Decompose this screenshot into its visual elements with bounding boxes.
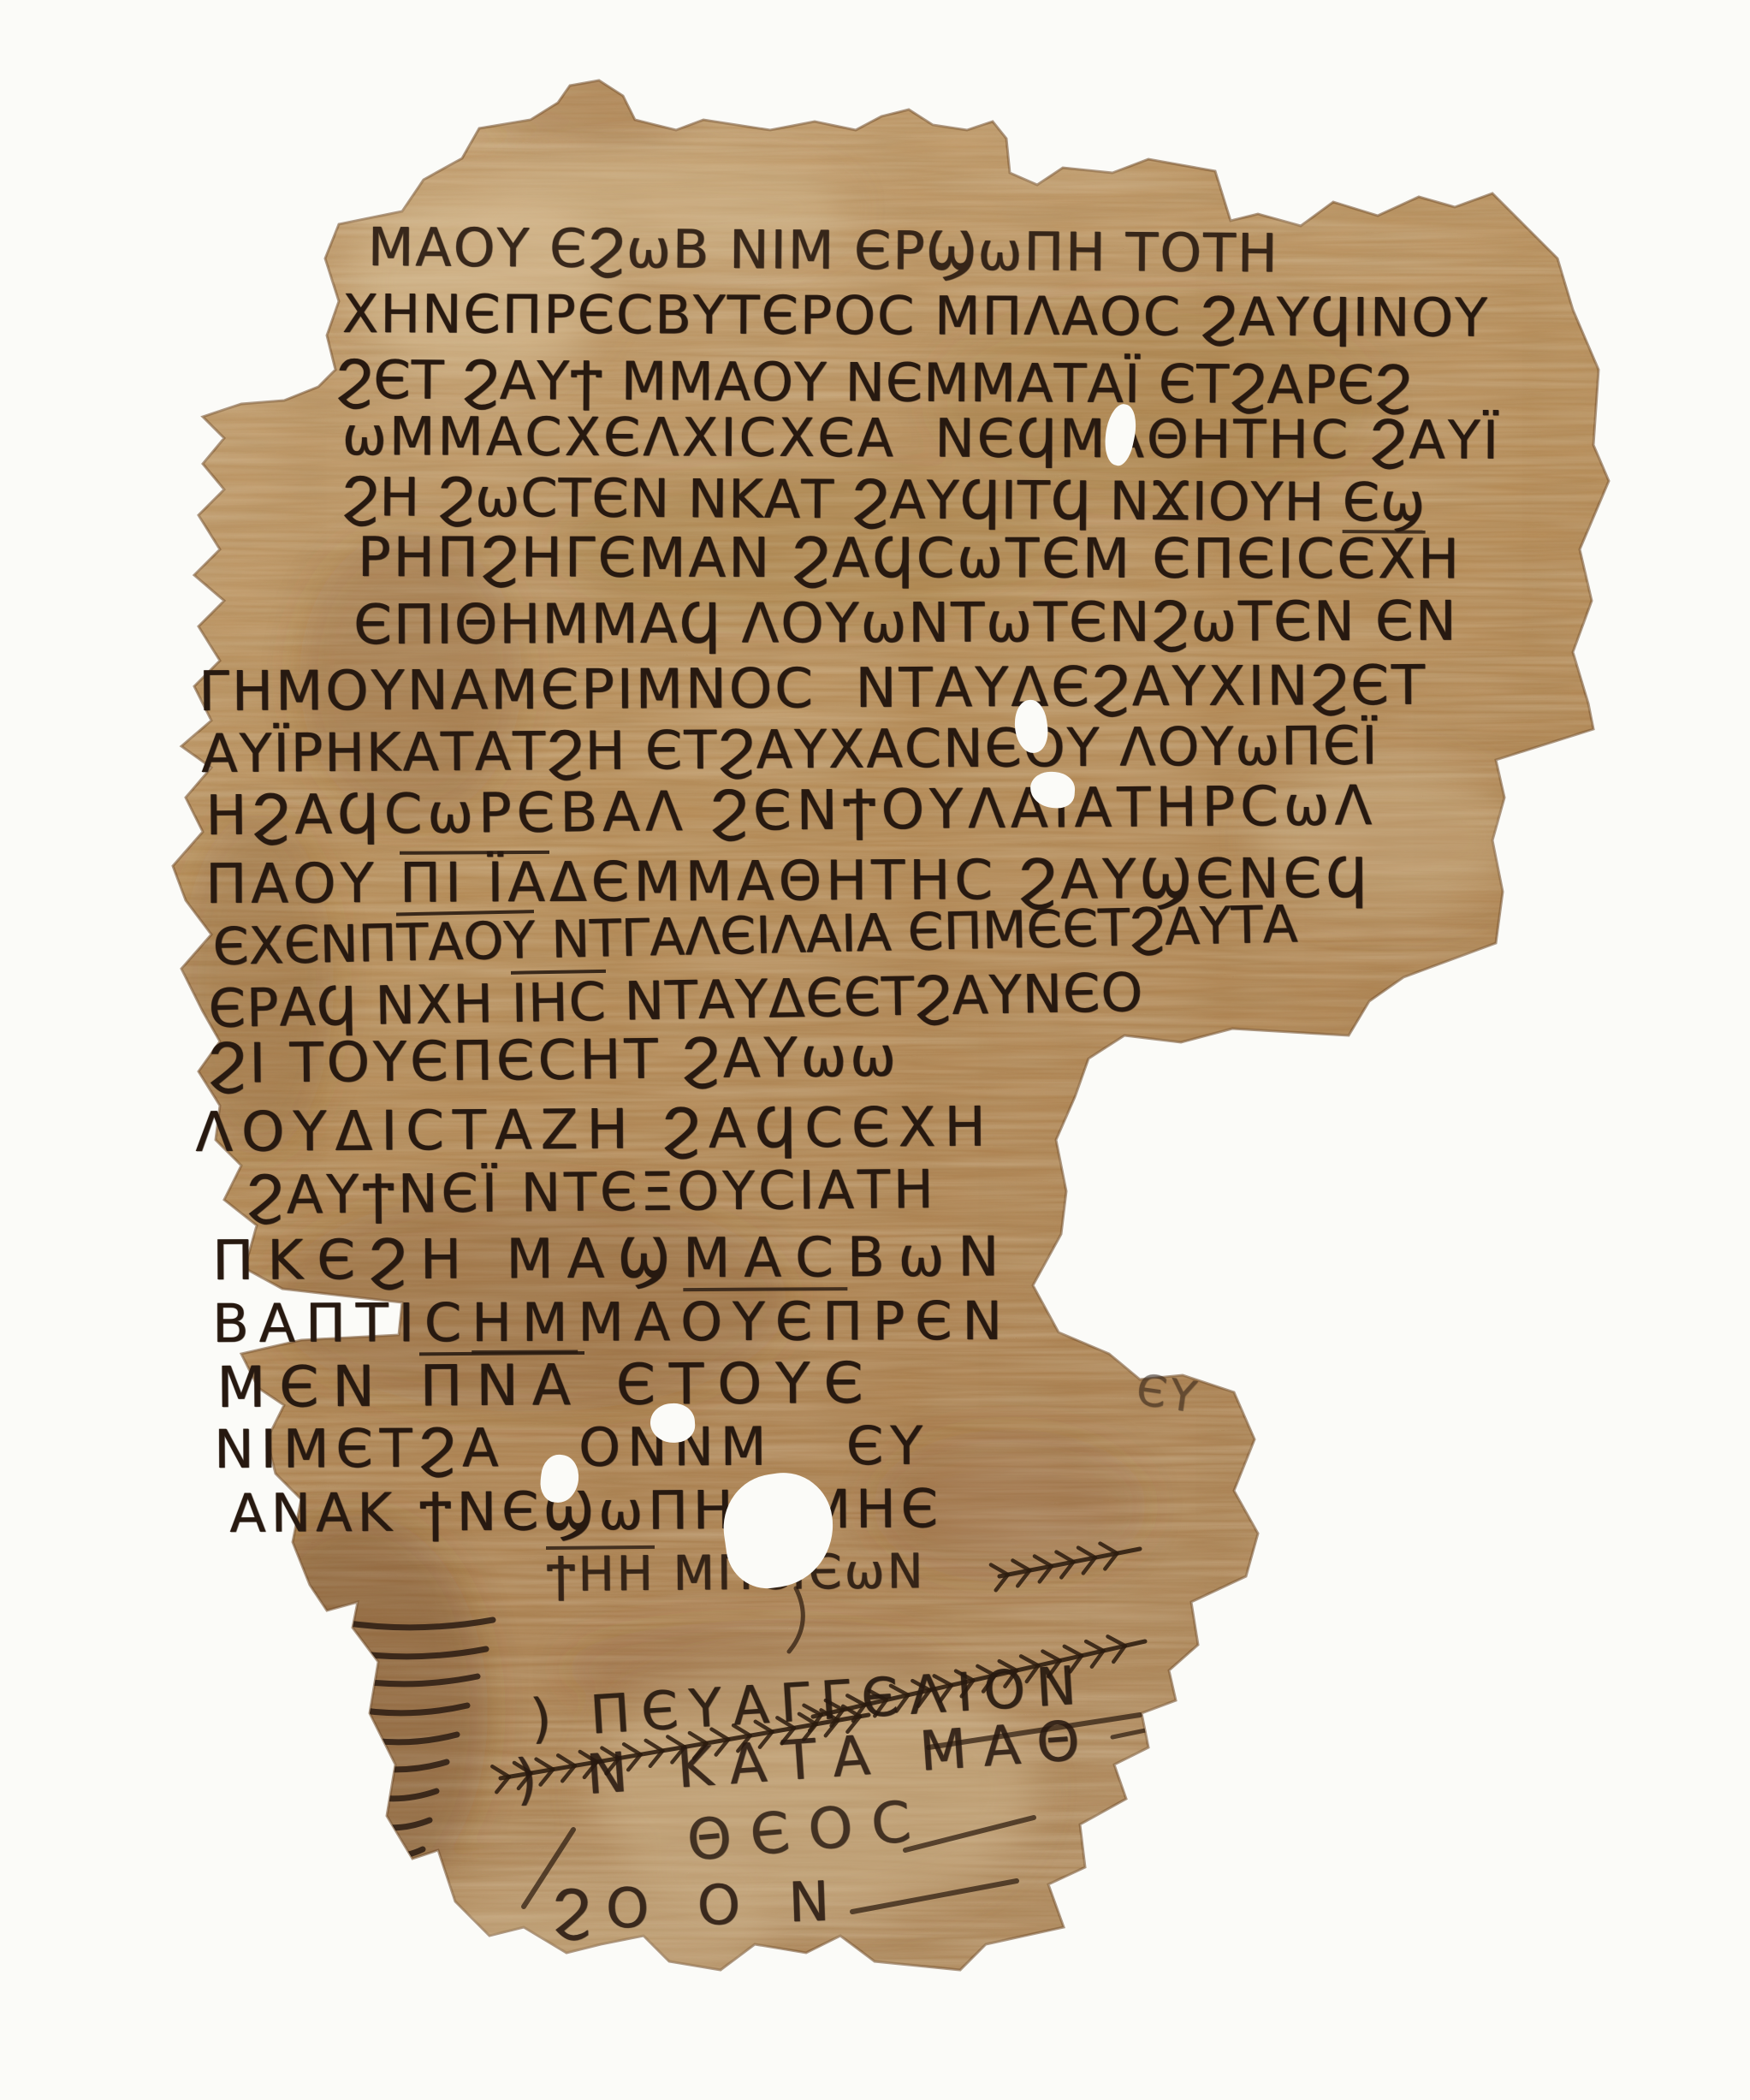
manuscript-line-1: ΜΑΟΥ ЄϨωΒ ΝΙΜ ЄΡϢωΠΗ ΤΟΤΗ	[368, 219, 1279, 282]
manuscript-line-8: ΓΗΜΟΥΝΑΜЄΡΙΜΝΟϹ ΝΤΑΥΔЄϨΑΥΧΙΝϨЄΤ	[199, 657, 1427, 721]
line-text: ϨЄΤ ϨΑΥϮ ΜΜΑΟΥ ΝЄΜΜΑΤΑΪ ЄΤϨΑΡЄϨ	[336, 352, 1413, 413]
line-text: ΡΗΠϨΗΓЄΜΑΝ ϨΑϤϹωΤЄΜ ЄΠЄΙϹЄΧΗ	[358, 530, 1462, 589]
line-text: ΠΙ ΪΑ	[400, 851, 549, 913]
manuscript-line-15: ΛΟΥΔΙϹΤΑΖΗ ϨΑϤϹЄΧΗ	[195, 1099, 994, 1162]
manuscript-line-16: ϨΑΥϮΝЄΪ ΝΤЄΞΟΥϹΙΑΤΗ	[246, 1161, 937, 1223]
line-text: ΗΜ	[472, 1295, 578, 1355]
line-text: ϮΗΗ	[546, 1545, 656, 1601]
line-text: ΛΟΥΔΙϹΤΑΖΗ ϨΑϤϹЄΧΗ	[195, 1099, 994, 1162]
manuscript-line-3: ϨЄΤ ϨΑΥϮ ΜΜΑΟΥ ΝЄΜΜΑΤΑΪ ЄΤϨΑΡЄϨ	[336, 352, 1413, 413]
line-text: ΜΑϹ	[683, 1230, 847, 1291]
line-text: ΧΗΝЄΠΡЄϹΒΥΤЄΡΟϹ ΜΠΛΑΟϹ ϨΑΥϤΙΝΟΥ	[342, 286, 1489, 346]
line-text: ΙΗϹ	[511, 970, 607, 1031]
manuscript-line-18: ΒΑΠΤΙϹΗΜΜΑΟΥЄΠΡЄΝ	[212, 1293, 1012, 1355]
manuscript-line-17: ΠΚЄϨΗ ΜΑϢΜΑϹΒωΝ	[212, 1229, 1012, 1294]
manuscript-line-19: ΜЄΝ ΠΝΑ ЄΤΟΥЄ	[217, 1350, 877, 1418]
manuscript-line-9: ΑΥΪΡΗΚΑΤΑΤϨΗ ЄΤϨΑΥΧΑϹΝЄΟΥ ΛΟΥωΠЄΪ	[201, 717, 1379, 781]
line-text: Єϣ	[1343, 474, 1427, 534]
manuscript-line-14: ϨΙ ΤΟΥЄΠЄϹΗΤ ϨΑΥωω	[208, 1029, 899, 1094]
line-text: ΠΝΑ	[419, 1351, 584, 1416]
line-text: ΑΝΑΚ ϮΝЄϢωΠΗ ΝΜΗЄ	[229, 1480, 943, 1541]
line-text: ΝΤΑΥΔЄЄΤϨΑΥΝЄΟ	[606, 964, 1143, 1029]
manuscript-line-2: ΧΗΝЄΠΡЄϹΒΥΤЄΡΟϹ ΜΠΛΑΟϹ ϨΑΥϤΙΝΟΥ	[342, 286, 1489, 346]
manuscript-line-10: ΗϨΑϤϹωΡЄΒΑΛ ϨЄΝϮΟΥΛΑΙΑΤΗΡϹωΛ	[205, 778, 1377, 845]
line-text: ΓΗΜΟΥΝΑΜЄΡΙΜΝΟϹ ΝΤΑΥΔЄϨΑΥΧΙΝϨЄΤ	[199, 657, 1427, 721]
line-text: ΤΑΟΥ	[396, 910, 536, 970]
line-text: ΜΑΟΥЄΠΡЄΝ	[578, 1293, 1012, 1350]
line-text: ϨΟ Ο Ν	[552, 1873, 845, 1941]
line-text: ΠΚЄϨΗ ΜΑϢ	[212, 1231, 683, 1290]
manuscript-line-21: ΑΝΑΚ ϮΝЄϢωΠΗ ΝΜΗЄ	[229, 1480, 943, 1541]
manuscript-line-7: ЄΠΙΘΗΜΜΑϤ ΛΟΥωΝΤωΤЄΝϨωΤЄΝ ЄΝ	[353, 593, 1458, 655]
line-text: ΜЄΝ	[217, 1356, 420, 1417]
line-text: ЄΧЄΝΠ	[212, 917, 397, 974]
line-text: ΒΑΠΤΙϹ	[212, 1295, 472, 1351]
line-text: ΗϨΑϤϹωΡЄΒΑΛ ϨЄΝϮΟΥΛΑΙΑΤΗΡϹωΛ	[205, 778, 1377, 845]
line-text: ΠΑΟΥ	[205, 856, 400, 914]
line-text: ϨΙ ΤΟΥЄΠЄϹΗΤ ϨΑΥωω	[208, 1029, 899, 1094]
line-text: ϨΗ ϨωϹΤЄΝ ΝΚΑΤ ϨΑΥϤΙΤϤ ΝϪΙΟΥΗ	[342, 469, 1343, 530]
stray-letters: ЄΥ	[1134, 1367, 1202, 1421]
line-text: ωΜΜΑϹΧЄΛΧΙϹΧЄΑ ΝЄϤΜΑΘΗΤΗϹ ϨΑΥΪ	[342, 408, 1501, 468]
line-text: ϨΑΥϮΝЄΪ ΝΤЄΞΟΥϹΙΑΤΗ	[246, 1161, 937, 1223]
line-text: ΜΑΟΥ ЄϨωΒ ΝΙΜ ЄΡϢωΠΗ ΤΟΤΗ	[368, 219, 1279, 282]
line-text: ЄΤΟΥЄ	[584, 1354, 877, 1415]
colophon-line-4: ϨΟ Ο Ν	[552, 1873, 845, 1941]
manuscript-line-4: ωΜΜΑϹΧЄΛΧΙϹΧЄΑ ΝЄϤΜΑΘΗΤΗϹ ϨΑΥΪ	[342, 408, 1501, 468]
line-text: ЄΠΙΘΗΜΜΑϤ ΛΟΥωΝΤωΤЄΝϨωΤЄΝ ЄΝ	[353, 593, 1458, 655]
line-text: ΒωΝ	[847, 1229, 1013, 1287]
line-text: ΑΥΪΡΗΚΑΤΑΤϨΗ ЄΤϨΑΥΧΑϹΝЄΟΥ ΛΟΥωΠЄΪ	[201, 717, 1379, 781]
line-text: ЄΥ	[1134, 1367, 1202, 1421]
manuscript-line-6: ΡΗΠϨΗΓЄΜΑΝ ϨΑϤϹωΤЄΜ ЄΠЄΙϹЄΧΗ	[358, 530, 1462, 589]
line-text: ЄΡΑϤ ΝΧΗ	[208, 976, 512, 1036]
manuscript-line-5: ϨΗ ϨωϹΤЄΝ ΝΚΑΤ ϨΑΥϤΙΤϤ ΝϪΙΟΥΗ Єϣ	[342, 469, 1427, 534]
scanned-page: ΜΑΟΥ ЄϨωΒ ΝΙΜ ЄΡϢωΠΗ ΤΟΤΗ ΧΗΝЄΠΡЄϹΒΥΤЄΡΟ…	[0, 0, 1750, 2100]
